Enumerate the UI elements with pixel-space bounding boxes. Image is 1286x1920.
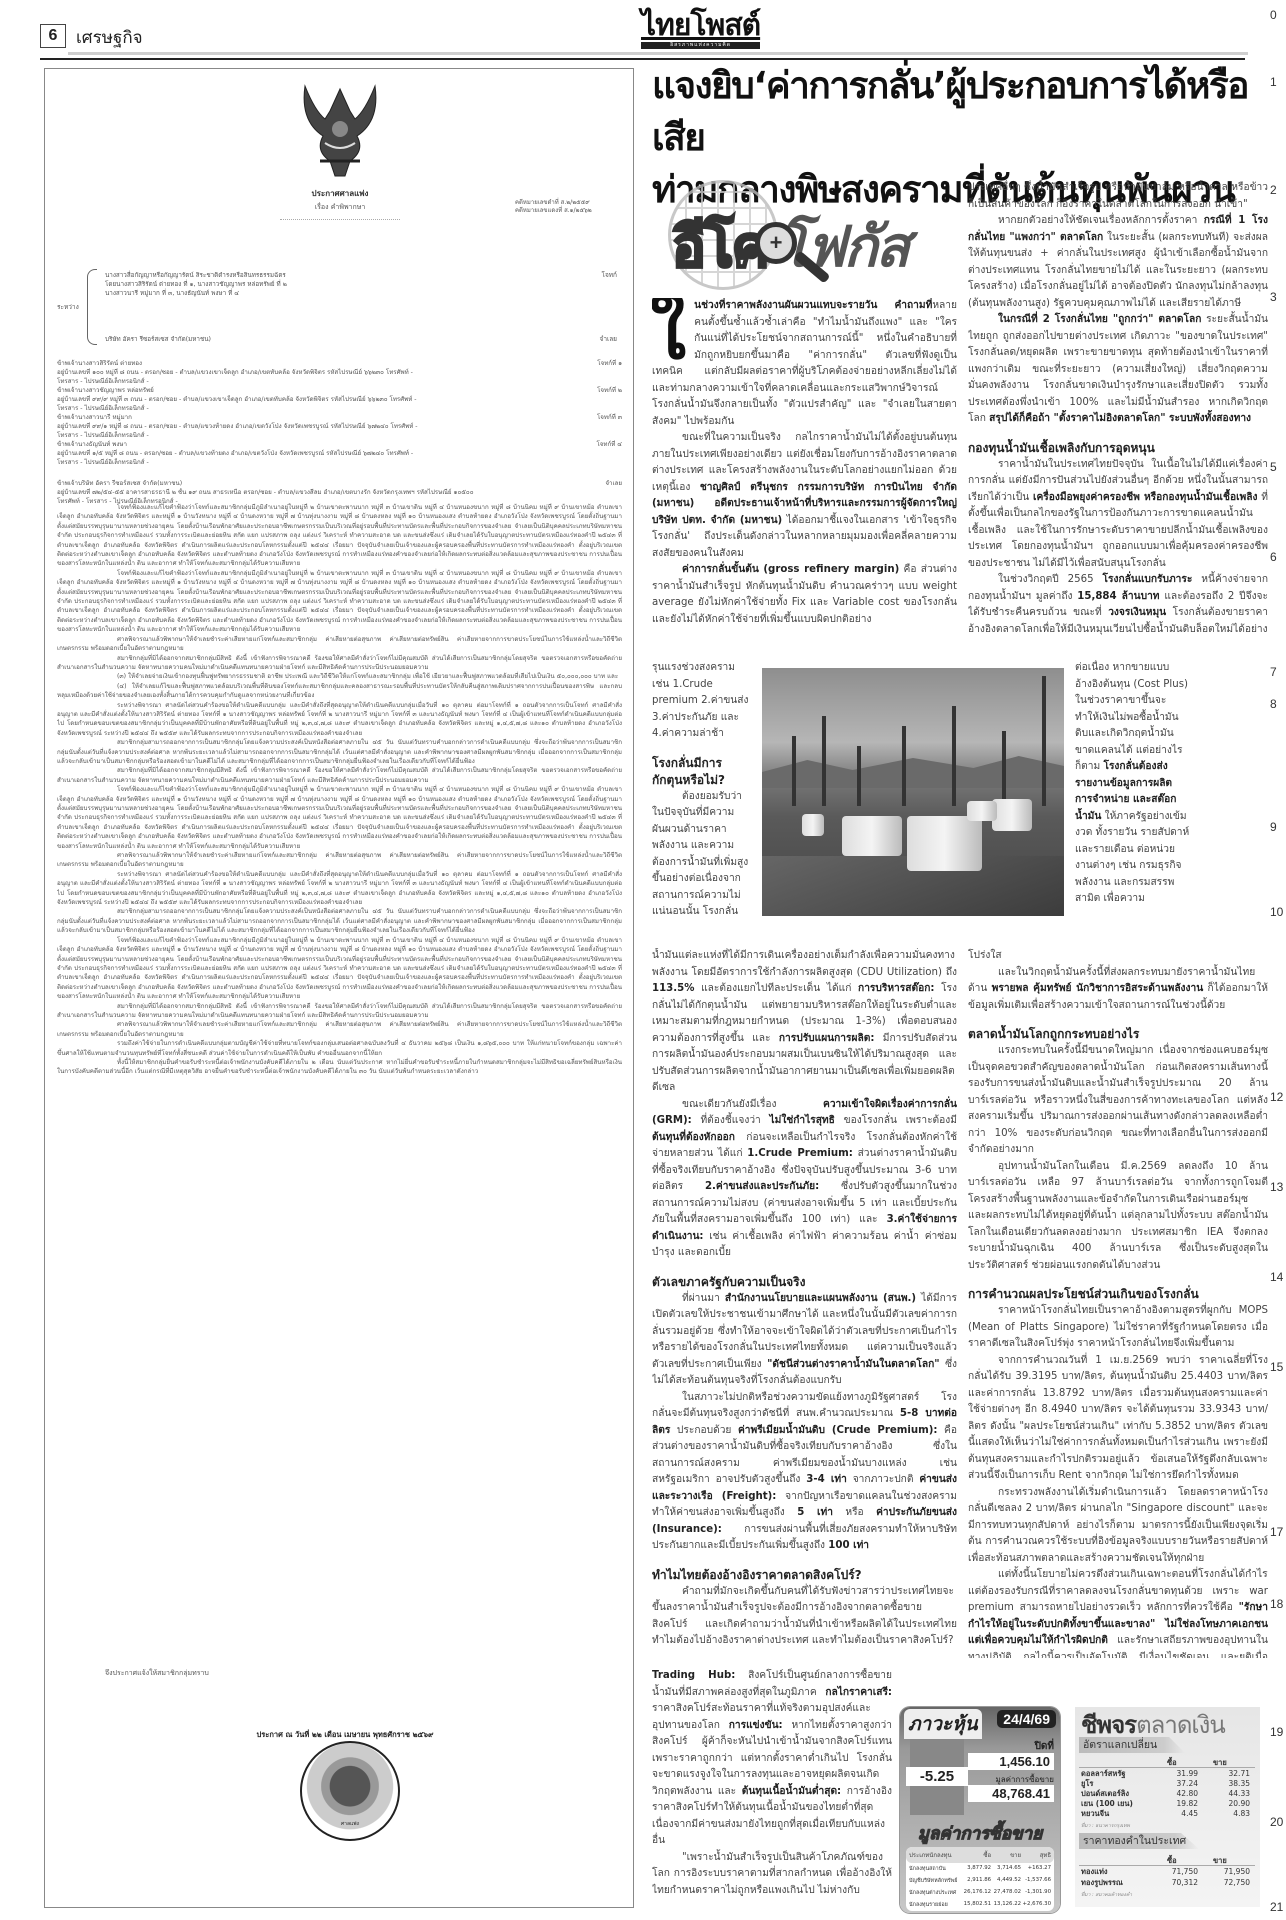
- party-name: ข้าพเจ้านางสาวชัญญาพร หล่อทรัพย์: [57, 387, 154, 394]
- article-paragraph: ขณะที่ในความเป็นจริง กลไกราคาน้ำมันไม่ได…: [652, 430, 957, 562]
- article-paragraph: นช่วงที่ราคาพลังงานผันผวนแทบจะรายวัน คำถ…: [652, 298, 957, 430]
- drop-cap: ใ: [652, 302, 686, 364]
- table-header: ประเภทนักลงทุน ซื้อ ขาย สุทธิ: [906, 1847, 1054, 1863]
- edge-number: 21: [1270, 1900, 1283, 1914]
- article-paragraph: ในสภาวะไม่ปกติหรือช่วงความขัดแย้งทางภูมิ…: [652, 1390, 957, 1555]
- notice-divider: [280, 219, 400, 220]
- notice-heading: ประกาศศาลแพ่ง เรื่อง คำพิพากษา: [260, 187, 420, 220]
- edge-number: 10: [1270, 905, 1283, 919]
- gold-source: ที่มา : สมาคมค้าทองคำ: [1081, 1891, 1132, 1899]
- article-paragraph: ประเทศอื่นๆ ซึ่งน้ำมันสำเร็จรูป หรือน้ำม…: [968, 180, 1268, 213]
- party-contact: โทรสาร - ไปรษณีย์อิเล็กทรอนิกส์ -: [57, 458, 622, 467]
- edge-number: 0: [1270, 8, 1277, 22]
- red-case-number: คดีหมายเลขแดงที่ ส.๑/๒๕๖๒: [515, 207, 592, 215]
- magnifier-icon: +: [755, 222, 797, 264]
- edge-number: 13: [1270, 1180, 1283, 1194]
- notice-paragraph: ศาลพิจารณาแล้วพิพากษาให้จำเลยชำระค่าเสีย…: [57, 1020, 622, 1039]
- article-paragraph: ต่อเนื่อง หากขายแบบอ้างอิงต้นทุน (Cost P…: [1075, 660, 1190, 908]
- seal-label: ศาลแพ่ง: [302, 1820, 398, 1829]
- article-paragraph: กระทรวงพลังงานได้เริ่มดำเนินการแล้ว โดยล…: [968, 1485, 1268, 1568]
- article-paragraph: ต้องยอมรับว่าในปัจจุบันที่มีความผันผวนด้…: [652, 789, 752, 921]
- party-role: โจทก์ที่ ๑: [597, 359, 622, 368]
- stock-date: 24/4/69: [997, 1710, 1056, 1728]
- close-label: ปิดที่: [1035, 1739, 1054, 1754]
- party-name: ข้าพเจ้าบริษัท อัครา รีซอร์สเซส จำกัด(มห…: [57, 480, 182, 487]
- article-paragraph: แรงกระทบในครั้งนี้มีขนาดใหญ่มาก เนื่องจา…: [968, 1043, 1268, 1159]
- defendant-name: บริษัท อัครา รีซอร์สเซส จำกัด(มหาชน): [105, 335, 211, 344]
- article-paragraph: ราคาหน้าโรงกลั่นไทยเป็นราคาอ้างอิงตามสูต…: [968, 1303, 1268, 1353]
- notice-title: ประกาศศาลแพ่ง: [260, 187, 420, 200]
- party-contact: โทรสาร - ไปรษณีย์อิเล็กทรอนิกส์ -: [57, 431, 622, 440]
- court-seal-icon: ศาลแพ่ง: [300, 1741, 400, 1841]
- notice-body: โจทก์ฟ้องและแก้ไขคำฟ้องว่าโจทก์และสมาชิก…: [57, 503, 622, 1723]
- fx-row: เยน (100 เยน)19.8220.90: [1075, 1799, 1260, 1809]
- col-header: สุทธิ: [1021, 1850, 1051, 1860]
- edge-number: 17: [1270, 1525, 1283, 1539]
- notice-paragraph: ระหว่างพิจารณา ศาลนัดไต่สวนคำร้องขอให้ดำ…: [57, 870, 622, 908]
- article-paragraph: อุปทานน้ำมันโลกในเดือน มี.ค.2569 ลดลงถึง…: [968, 1159, 1268, 1275]
- party-role: จำเลย: [605, 479, 622, 488]
- subheading-global-market: ตลาดน้ำมันโลกถูกกระทบอย่างไร: [968, 1026, 1268, 1043]
- notice-paragraph: สมาชิกกลุ่มที่มิได้ออกจากสมาชิกกลุ่มมีสิ…: [57, 766, 622, 785]
- party-address: อยู่บ้านเลขที่ ๑/๕ หมู่ที่ ๘ ถนน - ตรอก/…: [57, 449, 622, 458]
- plaintiff-line: โดยนางสาวสิริรัตน์ ต่ายทอง ที่ ๑, นางสาว…: [105, 280, 545, 289]
- edge-number: 12: [1270, 1090, 1283, 1104]
- article-column-bottom-left: Trading Hub: สิงคโปร์เป็นศูนย์กลางการซื้…: [652, 1668, 892, 1920]
- plaintiff-role: โจทก์: [601, 271, 617, 280]
- edge-number: 18: [1270, 1597, 1283, 1611]
- article-paragraph: ค่าการกลั่นขั้นต้น (gross refinery margi…: [652, 562, 957, 628]
- notice-paragraph: ทั้งนี้ให้สมาชิกกลุ่มยื่นคำขอรับชำระหนี้…: [57, 1058, 622, 1077]
- fx-row: ดอลลาร์สหรัฐ31.9932.71: [1075, 1769, 1260, 1779]
- notice-paragraph: รวมถึงค่าใช้จ่ายในการดำเนินคดีแบบกลุ่มตา…: [57, 1039, 622, 1058]
- article-column-beside-photo-right: ต่อเนื่อง หากขายแบบอ้างอิงต้นทุน (Cost P…: [1075, 660, 1190, 945]
- address-entry: ข้าพเจ้านางสาวสิริรัตน์ ต่ายทองโจทก์ที่ …: [57, 359, 622, 386]
- gold-section-label: ราคาทองคำในประเทศ: [1079, 1833, 1199, 1849]
- table-row: นักลงทุนสถาบัน3,877.923,714.65+163.27: [906, 1863, 1054, 1875]
- money-market-box: ชีพจรตลาดเงิน อัตราแลกเปลี่ยน ซื้อขาย ดอ…: [1075, 1707, 1260, 1907]
- party-contact: โทรสาร - ไปรษณีย์อิเล็กทรอนิกส์ -: [57, 377, 622, 386]
- masthead-rule: [68, 52, 1248, 55]
- col-header: ซื้อ: [961, 1850, 991, 1860]
- logo-word-eco: อีโค: [672, 202, 767, 291]
- subheading-oil-fund: กองทุนน้ำมันเชื้อเพลิงกับการอุดหนุน: [968, 440, 1268, 457]
- article-column-intro: ใ นช่วงที่ราคาพลังงานผันผวนแทบจะรายวัน ค…: [652, 298, 957, 650]
- stock-market-box: ภาวะหุ้น 24/4/69 -5.25 ปิดที่ 1,456.10 ม…: [900, 1707, 1060, 1913]
- article-paragraph: "เพราะน้ำมันสำเร็จรูปเป็นสินค้าโภคภัณฑ์ข…: [652, 1850, 892, 1900]
- stock-box-title: ภาวะหุ้น: [904, 1709, 982, 1739]
- article-column-mid-right: โปร่งใส และในวิกฤตน้ำมันครั้งนี้ที่ส่งผล…: [968, 948, 1268, 1658]
- refinery-photo: [762, 668, 1064, 916]
- address-entry: ข้าพเจ้านางธัญนันท์ พงษาโจทก์ที่ ๔ อยู่บ…: [57, 440, 622, 467]
- plaintiff-line: นางสาวนารี หมู่มาก ที่ ๓, นางธัญนันท์ พง…: [105, 289, 545, 298]
- address-entry: ข้าพเจ้านางสาวนารี หมู่มากโจทก์ที่ ๓ อยู…: [57, 413, 622, 440]
- eco-focus-column-logo: อีโค โฟกัส +: [660, 180, 930, 290]
- notice-paragraph: ศาลพิจารณาแล้วพิพากษาให้จำเลยชำระค่าเสีย…: [57, 635, 622, 654]
- article-paragraph: หากยกตัวอย่างให้ชัดเจนเรื่องหลักการตั้งร…: [968, 213, 1268, 312]
- article-paragraph: ในกรณีที่ 2 โรงกลั่นไทย "ถูกกว่า" ตลาดโล…: [968, 312, 1268, 428]
- article-paragraph: ที่ผ่านมา สำนักงานนโยบายและแผนพลังงาน (ส…: [652, 1291, 957, 1390]
- table-row: บัญชีบริษัทหลักทรัพย์2,911.864,449.52-1,…: [906, 1875, 1054, 1887]
- edge-number: 9: [1270, 820, 1277, 834]
- article-paragraph: ราคาน้ำมันในประเทศไทยปัจจุบัน ในเนื้อในไ…: [968, 457, 1268, 573]
- masthead: 6 เศรษฐกิจ ไทยโพสต์ อิสรภาพแห่งความคิด: [40, 18, 1245, 58]
- defendant-role: จำเลย: [600, 335, 617, 344]
- party-name: ข้าพเจ้านางธัญนันท์ พงษา: [57, 441, 127, 448]
- party-address: อยู่บ้านเลขที่ ๑๐๐ หมู่ที่ ๘ ถนน - ตรอก/…: [57, 368, 622, 377]
- table-row: นักลงทุนต่างประเทศ26,176.1227,478.02-1,3…: [906, 1887, 1054, 1899]
- notice-paragraph: (๔) ให้จำเลยแก้ไขและฟื้นฟูสภาพแวดล้อมบริ…: [57, 682, 622, 701]
- party-addresses: ข้าพเจ้านางสาวสิริรัตน์ ต่ายทองโจทก์ที่ …: [57, 359, 622, 506]
- subheading-hoarding: โรงกลั่นมีการกักตุนหรือไม่?: [652, 755, 752, 789]
- edge-number: 3: [1270, 290, 1277, 304]
- index-change: -5.25: [906, 1767, 968, 1786]
- notice-paragraph: ศาลพิจารณาแล้วพิพากษาให้จำเลยชำระค่าเสีย…: [57, 851, 622, 870]
- notice-paragraph: สมาชิกกลุ่มสามารถออกจากการเป็นสมาชิกกลุ่…: [57, 738, 622, 766]
- notice-paragraph: สมาชิกกลุ่มที่มิได้ออกจากสมาชิกกลุ่มมีสิ…: [57, 1002, 622, 1021]
- edge-number: 7: [1270, 665, 1277, 679]
- edge-number: 19: [1270, 1725, 1283, 1739]
- gold-row: ทองรูปพรรณ70,31272,750: [1075, 1878, 1260, 1888]
- fx-source: ที่มา : ธนาคารกรุงเทพ: [1081, 1822, 1130, 1830]
- logo-tagline: อิสรภาพแห่งความคิด: [641, 42, 760, 49]
- index-change-panel: -5.25: [910, 1739, 964, 1815]
- notice-paragraph: โจทก์ฟ้องและแก้ไขคำฟ้องว่าโจทก์และสมาชิก…: [57, 785, 622, 851]
- fx-section-label: อัตราแลกเปลี่ยน: [1079, 1737, 1185, 1753]
- party-address: อยู่บ้านเลขที่ ๙๙/๙ หมู่ที่ ๓ ถนน - ตรอก…: [57, 395, 622, 404]
- article-paragraph: และในวิกฤตน้ำมันครั้งนี้ที่ส่งผลกระทบมาย…: [968, 965, 1268, 1015]
- investor-trade-table: ประเภทนักลงทุน ซื้อ ขาย สุทธิ นักลงทุนสถ…: [906, 1847, 1054, 1911]
- notice-paragraph: โจทก์ฟ้องและแก้ไขคำฟ้องว่าโจทก์และสมาชิก…: [57, 569, 622, 635]
- case-numbers: คดีหมายเลขดำที่ ส.๒/๒๕๕๙ คดีหมายเลขแดงที…: [515, 199, 592, 215]
- party-address: อยู่บ้านเลขที่ ๗๒/๕๔-๕๕ อาคารสาธรธานี ๒ …: [57, 488, 622, 497]
- article-column-mid-left: น้ำมันแต่ละแห่งที่ได้มีการเดินเครื่องอย่…: [652, 948, 957, 1648]
- article-paragraph: แต่ทั้งนี้นโยบายไม่ควรดึงส่วนเกินเฉพาะตอ…: [968, 1567, 1268, 1658]
- fx-row: ยูโร37.2438.35: [1075, 1779, 1260, 1789]
- plaintiff-names: นางสาวสื่อกัญญาหรือกัญญารัตน์ สิระชาติดำ…: [105, 271, 545, 298]
- edge-number: 1: [1270, 75, 1277, 89]
- address-entry: ข้าพเจ้านางสาวชัญญาพร หล่อทรัพย์โจทก์ที่…: [57, 386, 622, 413]
- article-paragraph: จากการคำนวณวันที่ 1 เม.ย.2569 พบว่า ราคา…: [968, 1353, 1268, 1485]
- fx-row: หยวนจีน4.454.83: [1075, 1809, 1260, 1819]
- party-role: โจทก์ที่ ๒: [597, 386, 622, 395]
- newspaper-logo: ไทยโพสต์ อิสรภาพแห่งความคิด: [635, 10, 766, 49]
- edge-number: 6: [1270, 550, 1277, 564]
- party-name: ข้าพเจ้านางสาวนารี หมู่มาก: [57, 414, 132, 421]
- article-paragraph: Trading Hub: สิงคโปร์เป็นศูนย์กลางการซื้…: [652, 1668, 892, 1850]
- col-header: ขาย: [991, 1850, 1021, 1860]
- party-role: โจทก์ที่ ๔: [596, 440, 622, 449]
- plaintiff-line: นางสาวสื่อกัญญาหรือกัญญารัตน์ สิระชาติดำ…: [105, 271, 545, 280]
- article-column-beside-photo-left: รุนแรงช่วงสงคราม เช่น 1.Crude premium 2.…: [652, 660, 752, 945]
- party-name: ข้าพเจ้านางสาวสิริรัตน์ ต่ายทอง: [57, 360, 142, 367]
- notice-date: ประกาศ ณ วันที่ ๒๒ เดือน เมษายน พุทธศักร…: [215, 1729, 475, 1741]
- party-address: อยู่บ้านเลขที่ ๙๙/๑ หมู่ที่ ๘ ถนน - ตรอก…: [57, 422, 622, 431]
- notice-paragraph: สมาชิกกลุ่มที่มิได้ออกจากสมาชิกกลุ่มมีสิ…: [57, 654, 622, 673]
- parties-block: ระหว่าง นางสาวสื่อกัญญาหรือกัญญารัตน์ สิ…: [57, 269, 617, 345]
- logo-wordmark: ไทยโพสต์: [641, 9, 760, 42]
- notice-subtitle: เรื่อง คำพิพากษา: [260, 202, 420, 213]
- party-contact: โทรสาร - ไปรษณีย์อิเล็กทรอนิกส์ -: [57, 404, 622, 413]
- edge-number: 2: [1270, 183, 1277, 197]
- article-column-right-top: ประเทศอื่นๆ ซึ่งน้ำมันสำเร็จรูป หรือน้ำม…: [968, 180, 1268, 640]
- article-paragraph: ขณะเดียวกันยังมีเรื่อง ความเข้าใจผิดเรื่…: [652, 1097, 957, 1262]
- notice-paragraph: (๓) ให้จำเลยจ่ายเงินเข้ากองทุนฟื้นฟูทรัพ…: [57, 672, 622, 681]
- edge-number: 5: [1270, 460, 1277, 474]
- notice-paragraph: โจทก์ฟ้องและแก้ไขคำฟ้องว่าโจทก์และสมาชิก…: [57, 936, 622, 1002]
- gold-row: ทองแท่ง71,75071,950: [1075, 1867, 1260, 1877]
- table-row: นักลงทุนรายย่อย15,802.5113,126.22+2,676.…: [906, 1899, 1054, 1911]
- subheading-government-figures: ตัวเลขภาครัฐกับความเป็นจริง: [652, 1274, 957, 1291]
- address-entry: ข้าพเจ้าบริษัท อัครา รีซอร์สเซส จำกัด(มห…: [57, 479, 622, 506]
- edge-number: 14: [1270, 1270, 1283, 1284]
- brace: [87, 269, 97, 345]
- headline-line-1: แจงยิบ‘ค่าการกลั่น’ผู้ประกอบการได้หรือเส…: [652, 64, 1248, 159]
- section-name: เศรษฐกิจ: [76, 24, 143, 51]
- notice-paragraph: โจทก์ฟ้องและแก้ไขคำฟ้องว่าโจทก์และสมาชิก…: [57, 503, 622, 569]
- fx-row: ปอนด์สเตอร์ลิง42.8044.33: [1075, 1789, 1260, 1799]
- article-paragraph: น้ำมันแต่ละแห่งที่ได้มีการเดินเครื่องอย่…: [652, 948, 957, 1097]
- notice-paragraph: สมาชิกกลุ่มสามารถออกจากการเป็นสมาชิกกลุ่…: [57, 907, 622, 935]
- garuda-emblem-icon: [295, 81, 385, 181]
- article-paragraph: รุนแรงช่วงสงคราม เช่น 1.Crude premium 2.…: [652, 660, 752, 743]
- article-paragraph: โปร่งใส: [968, 948, 1268, 965]
- black-case-number: คดีหมายเลขดำที่ ส.๒/๒๕๕๙: [515, 199, 592, 207]
- edge-number: 8: [1270, 697, 1277, 711]
- subheading-singapore-reference: ทำไมไทยต้องอ้างอิงราคาตลาดสิงคโปร์?: [652, 1567, 957, 1584]
- trade-value: 48,768.41: [968, 1785, 1054, 1802]
- between-label: ระหว่าง: [57, 303, 79, 312]
- party-role: โจทก์ที่ ๓: [597, 413, 622, 422]
- close-value: 1,456.10: [968, 1753, 1054, 1770]
- edge-number: 20: [1270, 1815, 1283, 1829]
- page-number: 6: [40, 24, 66, 48]
- article-paragraph: คำถามที่มักจะเกิดขึ้นกับคนที่ได้รับฟังข่…: [652, 1584, 957, 1649]
- notice-paragraph: ระหว่างพิจารณา ศาลนัดไต่สวนคำร้องขอให้ดำ…: [57, 701, 622, 739]
- article-paragraph: ในช่วงวิกฤตปี 2565 โรงกลั่นแบกรับภาระ หน…: [968, 572, 1268, 638]
- trade-table-title: มูลค่าการซื้อขาย: [908, 1820, 1052, 1847]
- col-header: ประเภทนักลงทุน: [909, 1850, 961, 1860]
- court-notice: ประกาศศาลแพ่ง เรื่อง คำพิพากษา คดีหมายเล…: [44, 68, 634, 1908]
- edge-number: 15: [1270, 1360, 1283, 1374]
- subheading-windfall: การคำนวณผลประโยชน์ส่วนเกินของโรงกลั่น: [968, 1286, 1268, 1303]
- notice-closing: จึงประกาศแจ้งให้สมาชิกกลุ่มทราบ: [105, 1669, 209, 1678]
- logo-word-focus: โฟกัส: [778, 202, 908, 291]
